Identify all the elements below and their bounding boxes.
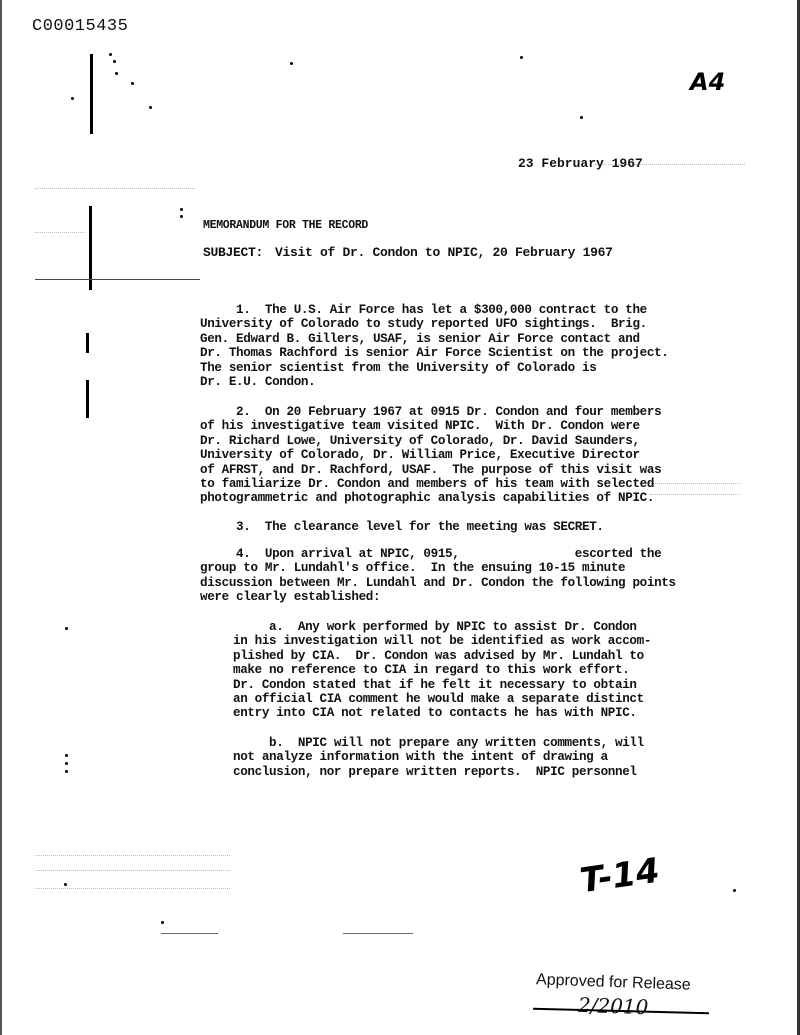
scan-speck [161,921,164,924]
scan-speck [149,106,152,109]
page-code-annotation: A4 [690,68,725,96]
scan-speck [65,627,68,630]
paragraph-1: 1. The U.S. Air Force has let a $300,000… [200,303,669,389]
scan-artifact [35,232,85,234]
subject-text: Visit of Dr. Condon to NPIC, 20 February… [275,245,613,260]
margin-bar [89,206,92,290]
paragraph-4: 4. Upon arrival at NPIC, 0915, escorted … [200,547,676,605]
margin-bar [86,333,89,353]
paragraph-line: Dr. E.U. Condon. [200,375,669,389]
paragraph-line: Dr. Thomas Rachford is senior Air Force … [200,346,669,360]
paragraph-line: discussion between Mr. Lundahl and Dr. C… [200,576,676,590]
margin-bar [86,380,89,418]
scan-artifact [650,494,740,496]
paragraph-line: group to Mr. Lundahl's office. In the en… [200,561,676,575]
paragraph-line: in his investigation will not be identif… [233,634,651,648]
scan-speck [131,82,134,85]
scan-speck [109,53,112,56]
paragraph-line: an official CIA comment he would make a … [233,692,651,706]
paragraph-line: Dr. Condon stated that if he felt it nec… [233,678,651,692]
memo-date: 23 February 1967 [518,156,643,171]
scan-speck [290,62,293,65]
scan-speck [180,208,183,211]
scan-artifact [35,188,195,190]
paragraph-line: not analyze information with the intent … [233,750,644,764]
scan-speck [733,889,736,892]
scan-artifact [343,933,413,934]
paragraph-line: make no reference to CIA in regard to th… [233,663,651,677]
paragraph-2: 2. On 20 February 1967 at 0915 Dr. Condo… [200,405,661,506]
scan-speck [65,762,68,765]
paragraph-line: b. NPIC will not prepare any written com… [233,736,644,750]
scan-artifact [35,888,230,890]
paragraph-3: 3. The clearance level for the meeting w… [200,520,604,534]
paragraph-line: plished by CIA. Dr. Condon was advised b… [233,649,651,663]
subject-label: SUBJECT: [203,245,263,260]
document-id: C00015435 [32,17,128,36]
scan-speck [520,56,523,59]
paragraph-line: University of Colorado to study reported… [200,317,669,331]
scan-speck [115,72,118,75]
paragraph-line: 1. The U.S. Air Force has let a $300,000… [200,303,669,317]
paragraph-line: were clearly established: [200,590,676,604]
subparagraph-a: a. Any work performed by NPIC to assist … [233,620,651,721]
memo-subject: SUBJECT:Visit of Dr. Condon to NPIC, 20 … [203,245,613,260]
paragraph-line: photogrammetric and photographic analysi… [200,491,661,505]
subparagraph-b: b. NPIC will not prepare any written com… [233,736,644,779]
release-stamp-date: 2/2010 [578,993,649,1019]
paragraph-line: of AFRST, and Dr. Rachford, USAF. The pu… [200,463,661,477]
scan-speck [180,215,183,218]
paragraph-line: a. Any work performed by NPIC to assist … [233,620,651,634]
scan-speck [71,97,74,100]
scan-speck [64,883,67,886]
paragraph-line: entry into CIA not related to contacts h… [233,706,651,720]
margin-bar [90,54,93,134]
scan-artifact [35,870,230,872]
paragraph-line: 2. On 20 February 1967 at 0915 Dr. Condo… [200,405,661,419]
release-stamp-label: Approved for Release [536,971,691,994]
scan-speck [113,60,116,63]
paragraph-line: University of Colorado, Dr. William Pric… [200,448,661,462]
paragraph-line: 3. The clearance level for the meeting w… [200,520,604,534]
paragraph-line: conclusion, nor prepare written reports.… [233,765,644,779]
paragraph-line: of his investigative team visited NPIC. … [200,419,661,433]
page-edge-left [0,0,2,1035]
scan-artifact [35,855,230,857]
scan-artifact [161,933,218,934]
scan-speck [65,754,68,757]
margin-rule [35,279,200,280]
paragraph-line: Gen. Edward B. Gillers, USAF, is senior … [200,332,669,346]
paragraph-line: to familiarize Dr. Condon and members of… [200,477,661,491]
memo-heading: MEMORANDUM FOR THE RECORD [203,219,368,232]
paragraph-line: The senior scientist from the University… [200,361,669,375]
scan-speck [580,116,583,119]
scan-speck [65,770,68,773]
paragraph-line: Dr. Richard Lowe, University of Colorado… [200,434,661,448]
handwritten-annotation: T-14 [578,851,662,902]
paragraph-line: 4. Upon arrival at NPIC, 0915, escorted … [200,547,676,561]
